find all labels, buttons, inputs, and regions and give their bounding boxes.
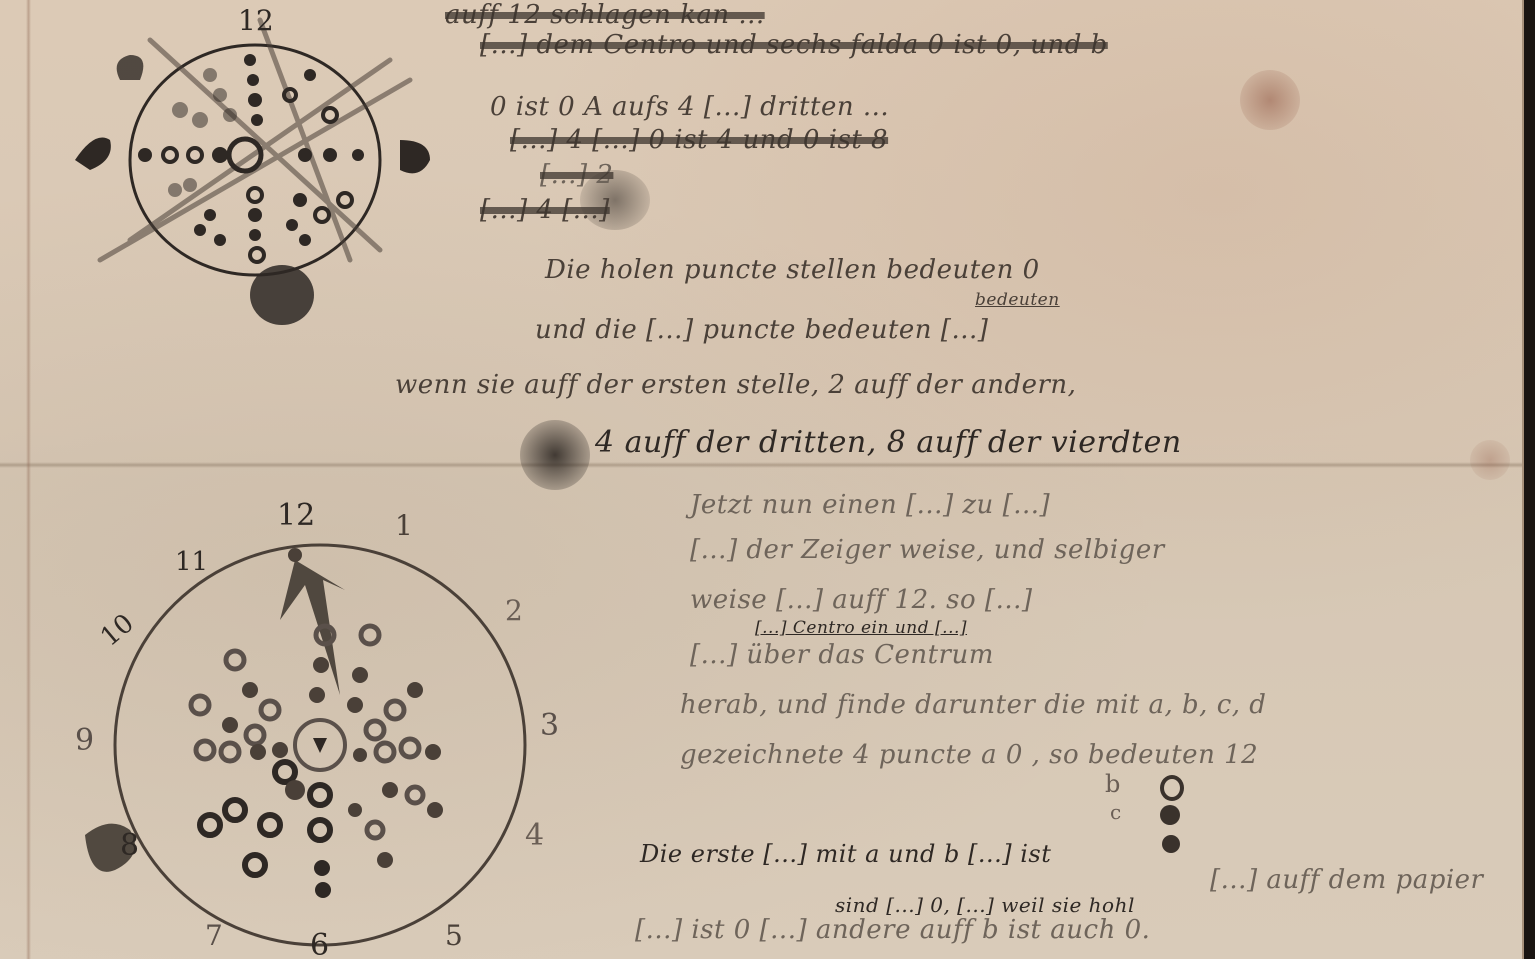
hour-label-2: 2	[505, 594, 523, 627]
text-line: [...] auff dem papier	[1210, 865, 1483, 895]
struck-text-line: [...] 4 [...]	[480, 195, 610, 225]
rust-stain	[1470, 440, 1510, 480]
struck-text-line: [...] 2	[540, 160, 613, 190]
struck-text-line: [...] 4 [...] 0 ist 4 und 0 ist 8	[510, 125, 888, 155]
struck-text-line: 0 ist 0 A aufs 4 [...] dritten ...	[490, 92, 889, 122]
interlinear-note: sind [...] 0, [...] weil sie hohl	[835, 893, 1135, 917]
horizontal-fold-crease	[0, 462, 1522, 468]
hour-label-12: 12	[238, 4, 274, 37]
clock-diagram-bottom: 12 1 2 3 4 5 6 7 8 9 10 11	[55, 490, 595, 959]
interlinear-note: bedeuten	[975, 290, 1060, 310]
ink-blot	[520, 420, 590, 490]
text-line: Jetzt nun einen [...] zu [...]	[690, 490, 1050, 520]
hour-label-9: 9	[75, 723, 94, 758]
hour-label-4: 4	[525, 818, 544, 853]
text-line: Die erste [...] mit a und b [...] ist	[640, 840, 1051, 868]
rust-stain	[1240, 70, 1300, 130]
text-line: [...] über das Centrum	[690, 640, 994, 670]
hour-label-7: 7	[205, 919, 223, 952]
hour-label-3: 3	[540, 708, 559, 743]
text-line: und die [...] puncte bedeuten [...]	[535, 315, 988, 345]
struck-text-line: [...] dem Centro und sechs falda 0 ist 0…	[480, 30, 1108, 60]
hour-label-5: 5	[445, 919, 463, 952]
hour-label-11: 11	[175, 547, 208, 577]
hour-label-12: 12	[277, 498, 315, 533]
column-letter: c	[1110, 800, 1121, 824]
hollow-dot	[1160, 775, 1184, 801]
text-line: 4 auff der dritten, 8 auff der vierdten	[595, 425, 1182, 460]
text-line: wenn sie auff der ersten stelle, 2 auff …	[395, 370, 1076, 400]
clock-diagram-top: 12	[60, 0, 440, 340]
hour-label-6: 6	[310, 928, 329, 959]
column-letter: b	[1105, 770, 1120, 798]
hour-label-8: 8	[120, 828, 139, 863]
manuscript-page: 12	[0, 0, 1524, 959]
text-line: weise [...] auff 12. so [...]	[690, 585, 1033, 615]
interlinear-note: [...] Centro ein und [...]	[755, 618, 967, 638]
text-line: gezeichnete 4 puncte a 0 , so bedeuten 1…	[680, 740, 1258, 770]
text-line: [...] der Zeiger weise, und selbiger	[690, 535, 1165, 565]
hour-label-1: 1	[395, 509, 413, 542]
solid-dot	[1160, 805, 1180, 825]
text-line: herab, und finde darunter die mit a, b, …	[680, 690, 1266, 720]
text-line: [...] ist 0 [...] andere auff b ist auch…	[635, 915, 1150, 945]
solid-dot	[1162, 835, 1180, 853]
vertical-fold-crease	[26, 0, 31, 959]
text-line: Die holen puncte stellen bedeuten 0	[545, 255, 1040, 285]
hour-label-10: 10	[95, 608, 140, 652]
struck-text-line: auff 12 schlagen kan ...	[445, 0, 765, 30]
